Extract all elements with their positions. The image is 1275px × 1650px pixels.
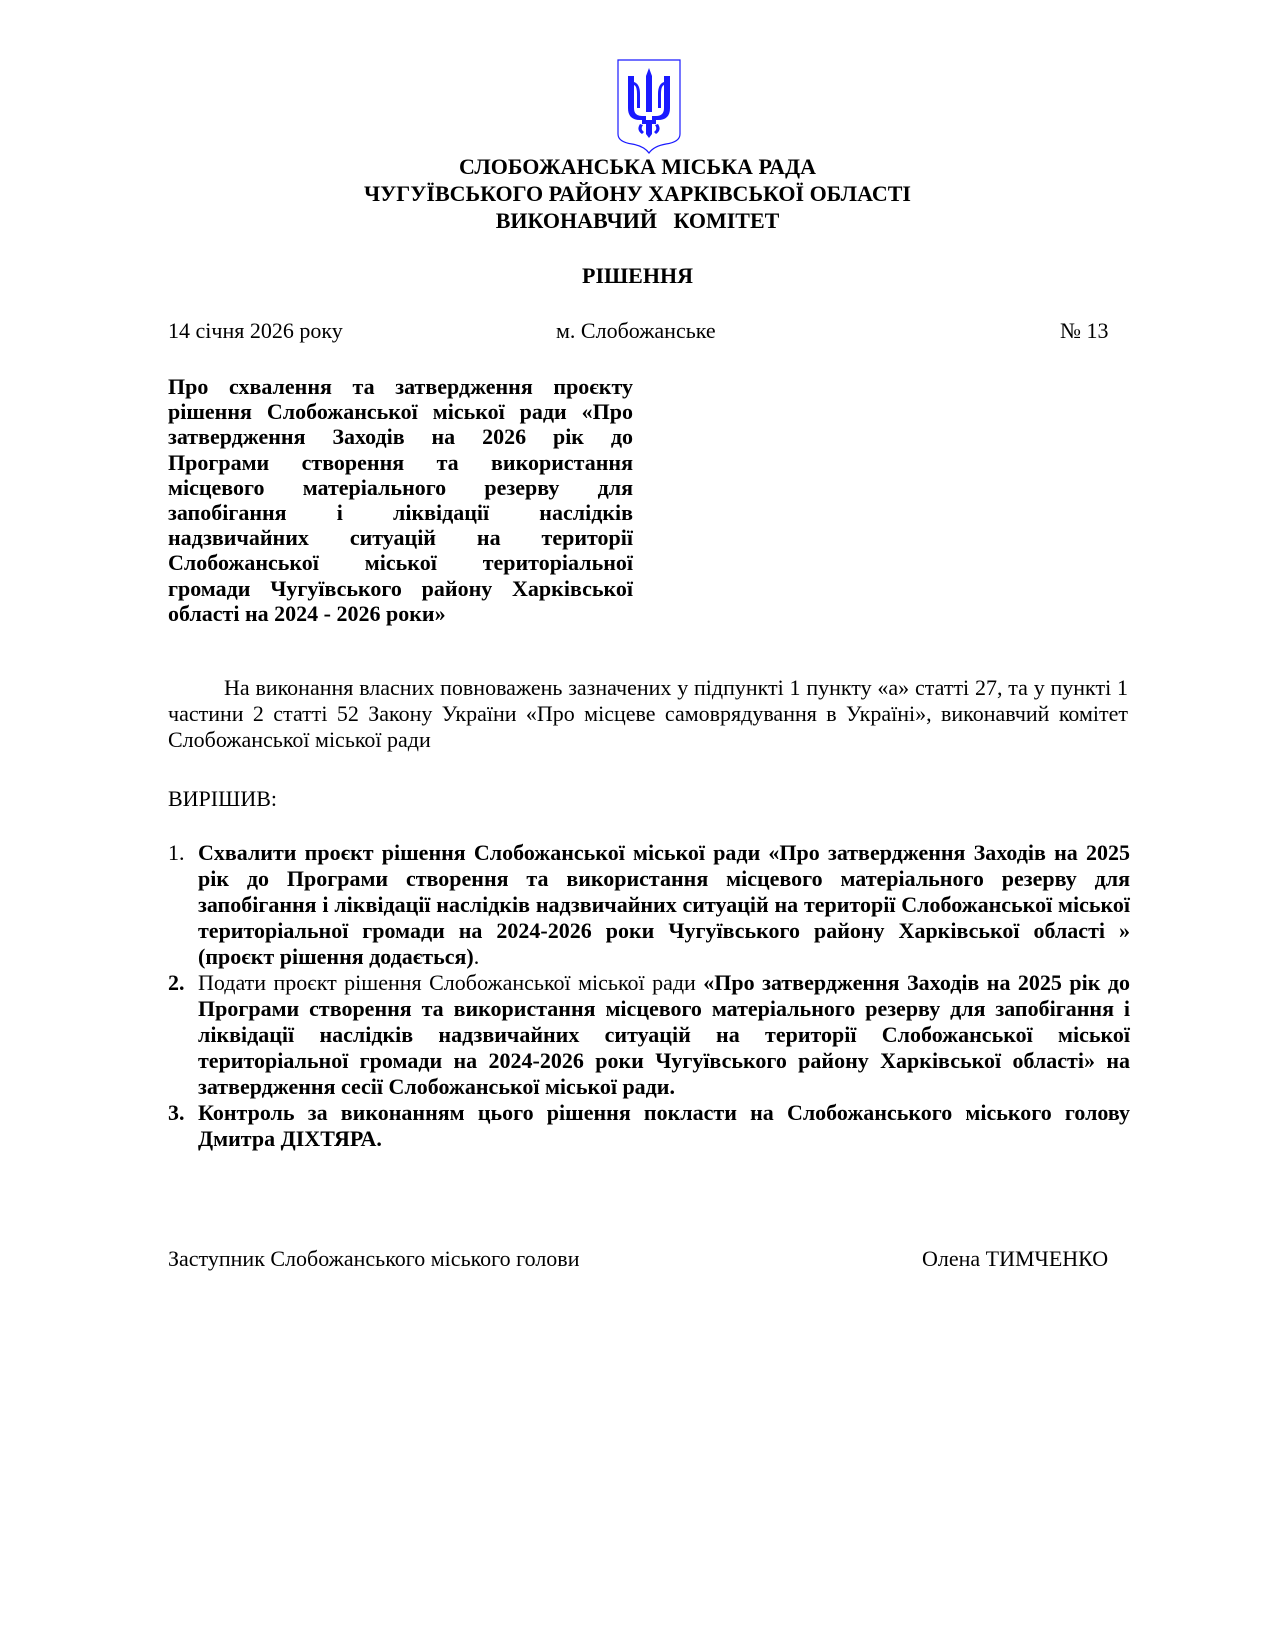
signatory-name: Олена ТИМЧЕНКО [922,1246,1108,1272]
item-number: 1. [168,840,185,866]
subject-line: Програми створення та використання [168,450,633,475]
item-text-regular: Подати проєкт рішення Слобожанської місь… [198,970,703,995]
decision-place: м. Слобожанське [556,318,716,344]
subject-line: надзвичайних ситуацій на території [168,525,633,550]
council-name: СЛОБОЖАНСЬКА МІСЬКА РАДА [0,153,1275,180]
subject-line: рішення Слобожанської міської ради «Про [168,399,633,424]
subject-line: запобігання і ліквідації наслідків [168,500,633,525]
decision-item-3: 3. Контроль за виконанням цього рішення … [168,1100,1130,1152]
subject-line: затвердження Заходів на 2026 рік до [168,424,633,449]
item-text: Схвалити проєкт рішення Слобожанської мі… [198,840,1130,969]
district-region: ЧУГУЇВСЬКОГО РАЙОНУ ХАРКІВСЬКОЇ ОБЛАСТІ [0,180,1275,207]
subject-line: області на 2024 - 2026 роки» [168,601,633,626]
decision-date: 14 січня 2026 року [168,318,343,344]
signatory-role: Заступник Слобожанського міського голови [168,1246,579,1272]
document-page: СЛОБОЖАНСЬКА МІСЬКА РАДА ЧУГУЇВСЬКОГО РА… [0,0,1275,1650]
subject-line: місцевого матеріального резерву для [168,475,633,500]
decision-item-1: 1. Схвалити проєкт рішення Слобожанської… [168,840,1130,970]
item-number: 3. [168,1100,185,1126]
decision-number: № 13 [1060,318,1109,344]
decided-label: ВИРІШИВ: [168,786,277,812]
preamble-text: На виконання власних повноважень зазначе… [168,675,1128,752]
decision-subject: Про схвалення та затвердження проєкту рі… [168,374,633,626]
subject-line: Про схвалення та затвердження проєкту [168,374,633,399]
executive-committee: ВИКОНАВЧИЙ КОМІТЕТ [0,207,1275,234]
decision-items: 1. Схвалити проєкт рішення Слобожанської… [168,840,1130,1152]
decision-item-2: 2. Подати проєкт рішення Слобожанської м… [168,970,1130,1100]
item-number: 2. [168,970,185,996]
item-text: Контроль за виконанням цього рішення пок… [198,1100,1130,1151]
subject-line: громади Чугуївського району Харківської [168,576,633,601]
item-text-tail: . [474,944,480,969]
trident-coat-of-arms-icon [616,58,682,154]
preamble-paragraph: На виконання власних повноважень зазначе… [168,675,1128,753]
subject-line: Слобожанської міської територіальної [168,550,633,575]
document-type-title: РІШЕННЯ [0,262,1275,289]
